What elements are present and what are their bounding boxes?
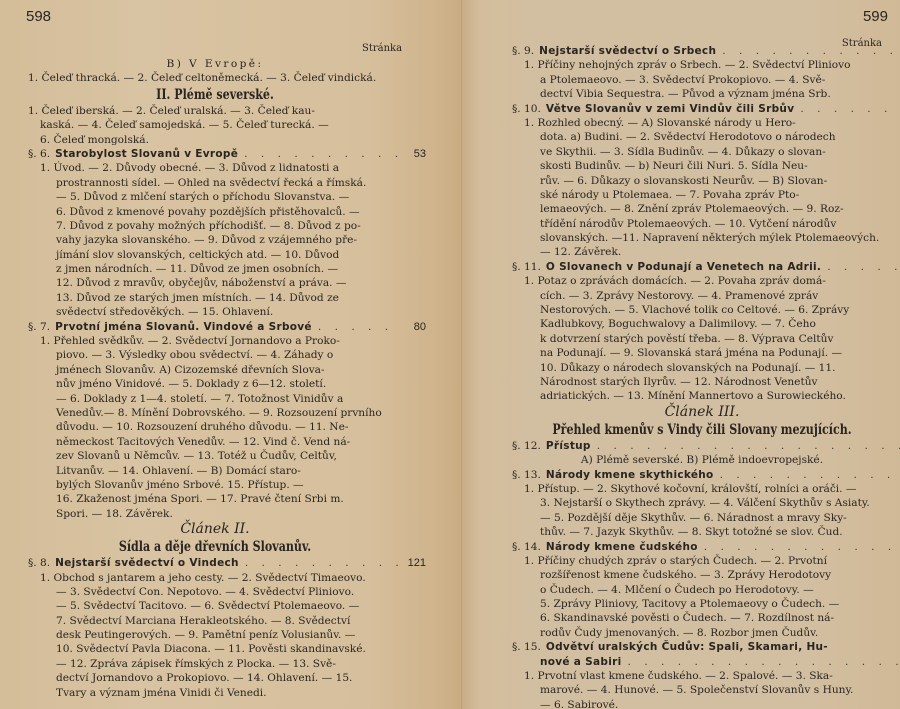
left-page: 598 Stránka B) V Evropě:1. Čeleď thracká…	[0, 0, 462, 709]
toc-section-title: Nejstarší svědectví o Srbech	[539, 44, 716, 58]
toc-section-title-continued: nové a Sabiri	[540, 655, 622, 669]
toc-section-row: §. 8.Nejstarší svědectví o Vindech. . . …	[28, 556, 402, 570]
toc-entry-line: rodův Čudy jmenovaných. — 8. Rozbor jmen…	[512, 626, 892, 640]
toc-entry-line: 12. Důvod z mravův, obyčejův, náboženstv…	[28, 276, 402, 290]
toc-section-row: §. 15.Odvětví uralských Čudův: Spali, Sk…	[512, 640, 892, 654]
toc-entry-line: 7. Důvod z povahy možných příchodišť. — …	[28, 219, 402, 233]
toc-section-number: §. 11.	[512, 260, 541, 274]
toc-entry-line: cích. — 3. Zprávy Nestorovy. — 4. Pramen…	[512, 289, 892, 303]
toc-section-title: Národy kmene čudského	[546, 540, 698, 554]
toc-entry-line: — 12. Zpráva zápisek římských z Plocka. …	[28, 657, 402, 671]
toc-entry-line: 1. Úvod. — 2. Důvody obecné. — 3. Důvod …	[28, 161, 402, 175]
toc-page-number: 121	[398, 556, 426, 570]
toc-page-number: 53	[398, 147, 426, 161]
toc-entry-line: třídění národův Ptolemaeových. — 10. Vyt…	[512, 217, 892, 231]
toc-section-title: O Slovanech v Podunají a Venetech na Adr…	[546, 260, 821, 274]
toc-section-title-wrap: §. 9.Nejstarší svědectví o Srbech. . . .…	[512, 44, 900, 58]
toc-entry-line: 1. Obchod s jantarem a jeho cesty. — 2. …	[28, 571, 402, 585]
toc-section-row: §. 7.Prvotní jména Slovanů. Vindové a Sr…	[28, 320, 402, 334]
toc-entry-line: z jmen národních. — 11. Důvod ze jmen os…	[28, 262, 402, 276]
toc-entry-line: lemaeových. — 8. Znění zpráv Ptolemaeový…	[512, 202, 892, 216]
toc-leader-dots: . . . . . . . . . . . . . . . . . . . . …	[827, 260, 900, 274]
toc-entry-line: rozšířenost kmene čudského. — 3. Zprávy …	[512, 568, 892, 582]
toc-entry-line: k dotvrzení starých pověstí třeba. — 8. …	[512, 332, 892, 346]
toc-entry-line: 1. Čeleď iberská. — 2. Čeleď uralská. — …	[28, 104, 402, 118]
toc-section-title-wrap: §. 10.Větve Slovanův v zemi Vindův čili …	[512, 102, 900, 116]
toc-entry-line: 1. Přehled svědkův. — 2. Svědectví Jorna…	[28, 334, 402, 348]
toc-leader-dots: . . . . . . . . . . . . . . . . . . . . …	[800, 102, 900, 116]
toc-article-heading: Článek III.	[512, 404, 892, 421]
toc-entry-line: rův. — 6. Důkazy o slovanskosti Neurův. …	[512, 174, 892, 188]
toc-entry-line: Národnost starých Ilyrův. — 12. Národnos…	[512, 375, 892, 389]
toc-entry-line: Spori. — 18. Závěrek.	[28, 507, 402, 521]
toc-leader-dots: . . . . . . . . . . . . . . . . . . . . …	[318, 320, 398, 334]
toc-section-number: §. 12.	[512, 439, 541, 453]
toc-entry-line: bylých Slovanův jméno Srbové. 15. Přístu…	[28, 478, 402, 492]
toc-entry-line: prostrannosti sídel. — Ohled na svědectv…	[28, 176, 402, 190]
toc-section-row: §. 10.Větve Slovanův v zemi Vindův čili …	[512, 102, 892, 116]
toc-entry-line: dectví Jornandovo a Prokopiovo. — 14. Oh…	[28, 671, 402, 685]
toc-entry-line: — 5. Svědectví Tacitovo. — 6. Svědectví …	[28, 599, 402, 613]
toc-section-title: Národy kmene skythického	[546, 468, 714, 482]
toc-entry-line: kaská. — 4. Čeleď samojedská. — 5. Čeleď…	[28, 118, 402, 132]
toc-part-heading: Sídla a děje dřevních Slovanův.	[62, 538, 369, 556]
toc-entry-line: 1. Příčiny nehojných zpráv o Srbech. — 2…	[512, 58, 892, 72]
toc-entry-line: Venedův.— 8. Mínění Dobrovského. — 9. Ro…	[28, 406, 402, 420]
toc-entry-line: Kadlubkovy, Boguchwalovy a Dalimilovy. —…	[512, 317, 892, 331]
toc-entry-line: svědectví středověkých. — 15. Ohlavení.	[28, 305, 402, 319]
toc-article-heading: Článek II.	[28, 521, 402, 538]
toc-entry-line: Nestorových. — 5. Vlachové tolik co Celt…	[512, 303, 892, 317]
toc-entry-line: — 6. Sabirové.	[512, 698, 892, 709]
toc-section-title: Větve Slovanův v zemi Vindův čili Srbův	[546, 102, 794, 116]
toc-entry-line: jménech Slovanův. A) Cizozemské dřevních…	[28, 363, 402, 377]
toc-section-title-wrap: §. 8.Nejstarší svědectví o Vindech. . . …	[28, 556, 398, 570]
toc-entry-line: — 6. Doklady z 1—4. století. — 7. Totožn…	[28, 392, 402, 406]
toc-section-title-wrap: §. 13.Národy kmene skythického. . . . . …	[512, 468, 900, 482]
toc-entry-line: 1. Příčiny chudých zpráv o starých Čudec…	[512, 554, 892, 568]
toc-section-title-wrap: §. 11.O Slovanech v Podunají a Venetech …	[512, 260, 900, 274]
toc-leader-dots: . . . . . . . . . . . . . . . . . . . . …	[720, 468, 900, 482]
toc-section-title: Prvotní jména Slovanů. Vindové a Srbové	[55, 320, 312, 334]
toc-section-row: §. 13.Národy kmene skythického. . . . . …	[512, 468, 892, 482]
toc-section-title-wrap: §. 15.Odvětví uralských Čudův: Spali, Sk…	[512, 640, 892, 654]
toc-section-number: §. 8.	[28, 556, 50, 570]
toc-entry-line: — 5. Pozdější děje Skythův. — 6. Náradno…	[512, 511, 892, 525]
toc-entry-line: — 12. Závěrek.	[512, 245, 892, 259]
toc-entry-line: dota. a) Budini. — 2. Svědectví Herodoto…	[512, 130, 892, 144]
toc-entry-line: desk Peutingerových. — 9. Pamětní peníz …	[28, 628, 402, 642]
toc-section-number: §. 15.	[512, 640, 541, 654]
toc-section-number: §. 10.	[512, 102, 541, 116]
toc-entry-line: dectví Vibia Sequestra. — Původ a význam…	[512, 87, 892, 101]
toc-section-row: §. 9.Nejstarší svědectví o Srbech. . . .…	[512, 44, 892, 58]
toc-leader-dots: . . . . . . . . . . . . . . . . . . . . …	[244, 147, 398, 161]
toc-section-title: Nejstarší svědectví o Vindech	[55, 556, 239, 570]
toc-entry-line: 10. Důkazy o národech slovanských na Pod…	[512, 361, 892, 375]
toc-entry-line: — 5. Důvod z mlčení starých o příchodu S…	[28, 190, 402, 204]
toc-entry-line: 1. Prvotní vlast kmene čudského. — 2. Sp…	[512, 669, 892, 683]
toc-leader-dots: . . . . . . . . . . . . . . . . . . . . …	[722, 44, 900, 58]
toc-entry-line: 1. Čeleď thracká. — 2. Čeleď celtoněmeck…	[28, 71, 402, 85]
toc-entry-line: německost Tacitových Venedův. — 12. Vind…	[28, 435, 402, 449]
stranka-label-left: Stránka	[362, 43, 402, 54]
toc-entry-line: nův jméno Vinidové. — 5. Doklady z 6—12.…	[28, 377, 402, 391]
toc-section-row: §. 11.O Slovanech v Podunají a Venetech …	[512, 260, 892, 274]
toc-section-title-wrap: §. 7.Prvotní jména Slovanů. Vindové a Sr…	[28, 320, 398, 334]
toc-leader-dots: . . . . . . . . . . . . . . . . . . . . …	[628, 655, 900, 669]
toc-part-heading: Přehled kmenův s Vindy čili Slovany mezu…	[546, 421, 858, 439]
toc-entry-line: — 3. Svědectví Con. Nepotovo. — 4. Svěde…	[28, 585, 402, 599]
toc-page-number: 80	[398, 320, 426, 334]
toc-leader-dots: . . . . . . . . . . . . . . . . . . . . …	[245, 556, 398, 570]
toc-entry-line: Tvary a význam jména Vinidi či Venedi.	[28, 686, 402, 700]
toc-entry-line: ské národy u Ptolemaea. — 7. Povaha zprá…	[512, 188, 892, 202]
toc-entry-line: piovo. — 3. Výsledky obou svědectví. — 4…	[28, 348, 402, 362]
toc-section-number: §. 9.	[512, 44, 534, 58]
toc-entry-line: slovanských. —11. Napravení některých mý…	[512, 231, 892, 245]
toc-entry-line: 10. Svědectví Pavla Diacona. — 11. Pověs…	[28, 642, 402, 656]
toc-entry-line: zev Slovanů u Němcův. — 13. Totéž u Čudů…	[28, 449, 402, 463]
toc-entry-line: ve Skythii. — 3. Sídla Budinův. — 4. Důk…	[512, 145, 892, 159]
toc-entry-line: skosti Budinův. — b) Neuri čili Nuri. 5.…	[512, 159, 892, 173]
toc-entry-line: 5. Zprávy Pliniovy, Tacitovy a Ptolemaeo…	[512, 597, 892, 611]
toc-section-title-wrap: §. 6.Starobylost Slovanů v Evropě. . . .…	[28, 147, 398, 161]
toc-entry-line: na Podunají. — 9. Slovanská stará jména …	[512, 346, 892, 360]
toc-entry-line: 1. Přístup. — 2. Skythové kočovní, králo…	[512, 482, 892, 496]
toc-entry-line: vahy jazyka slovanského. — 9. Důvod z vz…	[28, 233, 402, 247]
toc-right-content: §. 9.Nejstarší svědectví o Srbech. . . .…	[512, 44, 892, 709]
toc-leader-dots: . . . . . . . . . . . . . . . . . . . . …	[597, 439, 900, 453]
toc-section-row: §. 12.Přístup. . . . . . . . . . . . . .…	[512, 439, 892, 453]
toc-section-number: §. 14.	[512, 540, 541, 554]
toc-entry-line: 7. Svědectví Marciana Herakleotského. — …	[28, 614, 402, 628]
toc-section-title-wrap: nové a Sabiri. . . . . . . . . . . . . .…	[540, 655, 900, 669]
toc-section-number: §. 6.	[28, 147, 50, 161]
toc-entry-line: a Ptolemaeovo. — 3. Svědectví Prokopiovo…	[512, 73, 892, 87]
toc-entry-line: 1. Potaz o zprávách domácích. — 2. Povah…	[512, 274, 892, 288]
toc-entry-line: 6. Čeleď mongolská.	[28, 133, 402, 147]
right-page: 599 Stránka §. 9.Nejstarší svědectví o S…	[462, 0, 900, 709]
toc-entry-line: 6. Skandinavské pověsti o Čudech. — 7. R…	[512, 611, 892, 625]
toc-entry-line: marové. — 4. Hunové. — 5. Společenství S…	[512, 683, 892, 697]
toc-section-title-wrap: §. 14.Národy kmene čudského. . . . . . .…	[512, 540, 900, 554]
toc-entry-line: o Čudech. — 4. Mlčení o Čudech po Herodo…	[512, 583, 892, 597]
toc-entry-line: 13. Důvod ze starých jmen místních. — 14…	[28, 291, 402, 305]
toc-entry-line: 1. Rozhled obecný. — A) Slovanské národy…	[512, 116, 892, 130]
toc-entry-line: adriatických. — 13. Mínění Mannertovo a …	[512, 389, 892, 403]
page-number-left: 598	[26, 8, 51, 25]
toc-entry-line: jímání slov slovanských, celtických atd.…	[28, 248, 402, 262]
toc-entry-line: 6. Důvod z kmenové povahy pozdějších při…	[28, 205, 402, 219]
toc-left-content: B) V Evropě:1. Čeleď thracká. — 2. Čeleď…	[28, 57, 402, 700]
toc-region-heading: B) V Evropě:	[28, 57, 402, 71]
toc-section-number: §. 7.	[28, 320, 50, 334]
toc-part-heading: II. Plémě severské.	[62, 86, 369, 104]
toc-entry-line: 3. Nejstarší o Skythech zprávy. — 4. Vál…	[512, 496, 892, 510]
toc-section-title-wrap: §. 12.Přístup. . . . . . . . . . . . . .…	[512, 439, 900, 453]
toc-section-row: §. 14.Národy kmene čudského. . . . . . .…	[512, 540, 892, 554]
toc-leader-dots: . . . . . . . . . . . . . . . . . . . . …	[704, 540, 900, 554]
toc-section-number: §. 13.	[512, 468, 541, 482]
book-spread: 598 Stránka B) V Evropě:1. Čeleď thracká…	[0, 0, 900, 709]
toc-section-title: Starobylost Slovanů v Evropě	[55, 147, 238, 161]
toc-entry-line: důvodu. — 10. Rozsouzení druhého důvodu.…	[28, 420, 402, 434]
toc-entry-line: thův. — 7. Jazyk Skythův. — 8. Skyt toto…	[512, 525, 892, 539]
toc-section-row: nové a Sabiri. . . . . . . . . . . . . .…	[512, 655, 892, 669]
page-number-right: 599	[863, 8, 888, 25]
toc-entry-line: 16. Zkaženost jména Spori. — 17. Pravé č…	[28, 492, 402, 506]
toc-subheading-line: A) Plémě severské. B) Plémě indoevropejs…	[512, 453, 892, 467]
toc-section-title: Přístup	[546, 439, 591, 453]
toc-section-title: Odvětví uralských Čudův: Spali, Skamari,…	[546, 640, 828, 654]
toc-entry-line: Litvanův. — 14. Ohlavení. — B) Domácí st…	[28, 464, 402, 478]
toc-section-row: §. 6.Starobylost Slovanů v Evropě. . . .…	[28, 147, 402, 161]
